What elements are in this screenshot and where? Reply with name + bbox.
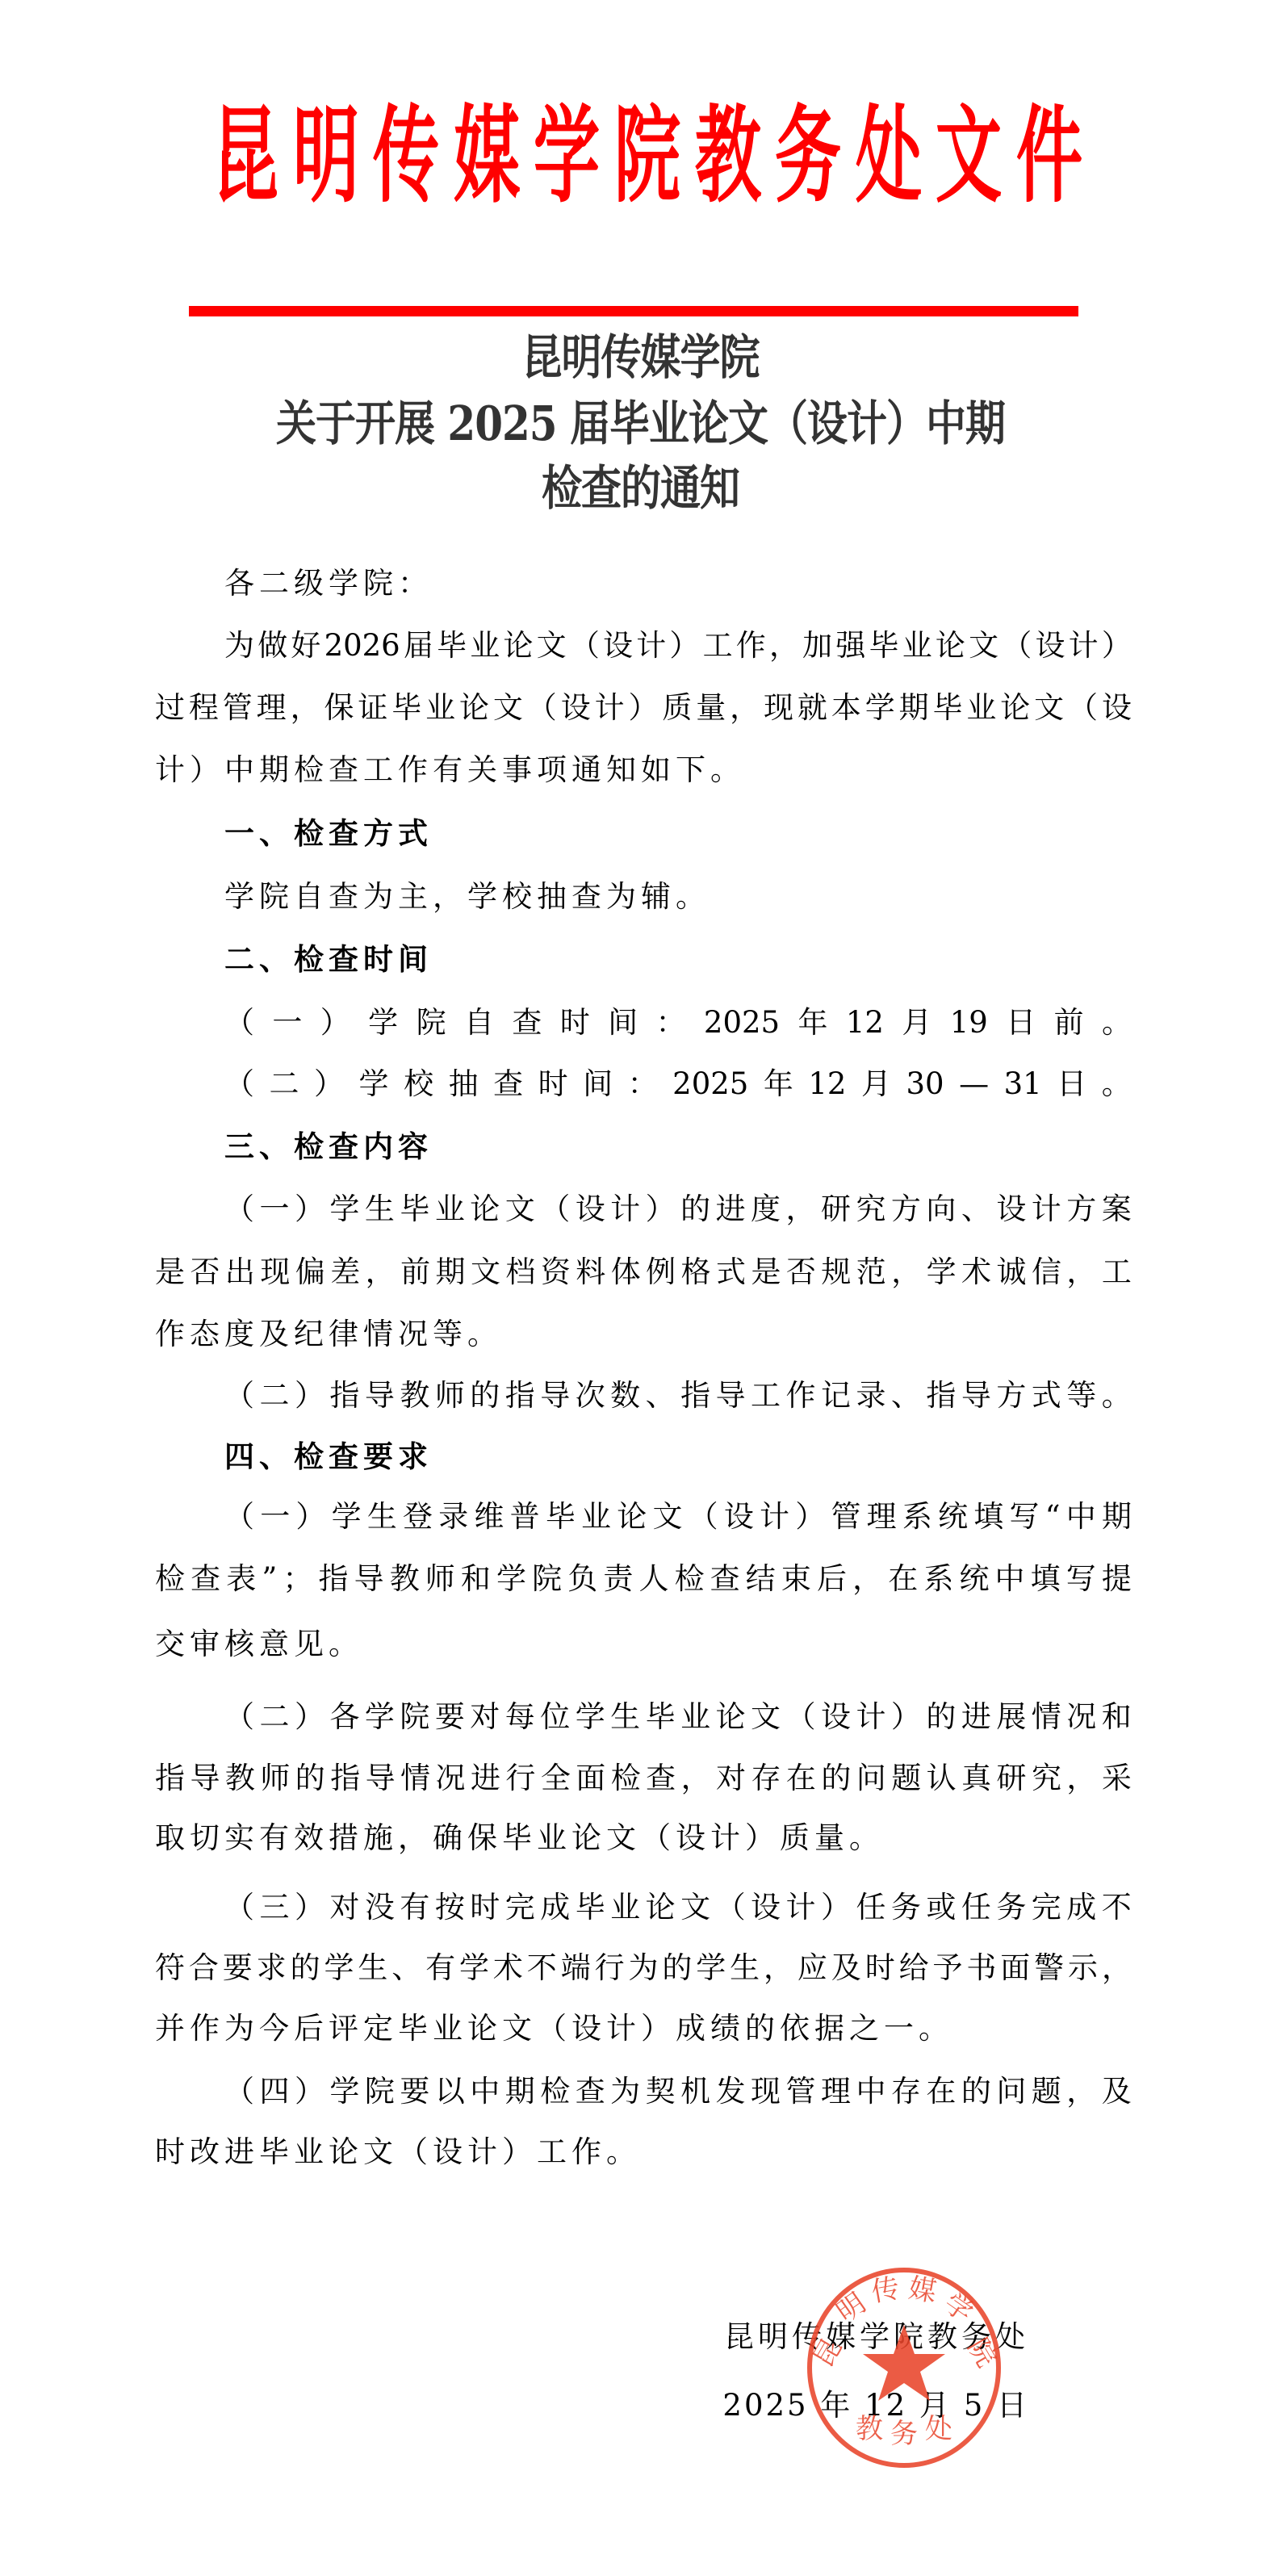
salutation: 各二级学院： [224, 565, 1132, 602]
body-line: （二）指导教师的指导次数、指导工作记录、指导方式等。 [224, 1377, 1132, 1414]
document-title-line-2: 关于开展 2025 届毕业论文（设计）中期 [0, 404, 1281, 444]
banner-char: 传 [373, 103, 439, 208]
body-line: 是否出现偏差，前期文档资料体例格式是否规范，学术诚信，工 [155, 1254, 1132, 1291]
svg-text:媒: 媒 [906, 2272, 939, 2309]
body-line: （一）学生毕业论文（设计）的进度，研究方向、设计方案 [224, 1191, 1132, 1228]
intro-line: 过程管理，保证毕业论文（设计）质量，现就本学期毕业论文（设 [155, 689, 1132, 727]
section-heading: 一、检查方式 [224, 815, 1132, 852]
body-line: 指导教师的指导情况进行全面检查，对存在的问题认真研究，采 [155, 1760, 1132, 1797]
banner-char: 媒 [454, 103, 520, 208]
document-title-line-1: 昆明传媒学院 [0, 337, 1281, 378]
document-page: 昆明传媒学院教务处文件 昆明传媒学院 关于开展 2025 届毕业论文（设计）中期… [0, 0, 1281, 2576]
body-line: （二）学校抽查时间：2025年12月30—31日。 [224, 1066, 1132, 1103]
issuer-banner: 昆明传媒学院教务处文件 [211, 95, 1083, 216]
banner-char: 教 [694, 103, 760, 208]
title-text: 昆明传媒学院 [522, 334, 760, 382]
banner-char: 昆 [212, 103, 278, 208]
body-line: 检查表”；指导教师和学院负责人检查结束后，在系统中填写提 [155, 1560, 1132, 1598]
signature-issuer: 昆明传媒学院教务处 [724, 2318, 1029, 2356]
official-seal-stamp: 昆 明 传 媒 学 院 教 务 处 [803, 2267, 1005, 2469]
body-line: （一）学生登录维普毕业论文（设计）管理系统填写“中期 [224, 1498, 1132, 1535]
intro-line: 计）中期检查工作有关事项通知如下。 [155, 752, 1132, 789]
body-line: 取切实有效措施，确保毕业论文（设计）质量。 [155, 1820, 1132, 1857]
section-heading: 四、检查要求 [224, 1439, 1132, 1476]
body-line: （三）对没有按时完成毕业论文（设计）任务或任务完成不 [224, 1889, 1132, 1926]
red-divider [189, 306, 1078, 316]
body-line: （二）各学院要对每位学生毕业论文（设计）的进展情况和 [224, 1698, 1132, 1736]
section-heading: 三、检查内容 [224, 1129, 1132, 1166]
title-text: 检查的通知 [542, 465, 739, 513]
title-text: 关于开展 2025 届毕业论文（设计）中期 [276, 400, 1005, 448]
section-heading: 二、检查时间 [224, 941, 1132, 978]
body-line: （四）学院要以中期检查为契机发现管理中存在的问题，及 [224, 2073, 1132, 2110]
body-line: 符合要求的学生、有学术不端行为的学生，应及时给予书面警示， [155, 1950, 1132, 1987]
body-line: 时改进毕业论文（设计）工作。 [155, 2134, 1132, 2171]
banner-char: 院 [614, 103, 680, 208]
banner-char: 务 [775, 103, 841, 208]
banner-char: 明 [292, 103, 358, 208]
intro-line: 为做好2026届毕业论文（设计）工作，加强毕业论文（设计） [224, 627, 1132, 664]
svg-text:传: 传 [869, 2272, 902, 2309]
document-title-line-3: 检查的通知 [0, 468, 1281, 509]
body-line: 并作为今后评定毕业论文（设计）成绩的依据之一。 [155, 2010, 1132, 2047]
body-line: 作态度及纪律情况等。 [155, 1316, 1132, 1353]
banner-char: 处 [856, 103, 922, 208]
body-line: （一）学院自查时间：2025年12月19日前。 [224, 1004, 1132, 1041]
banner-char: 学 [534, 103, 600, 208]
banner-char: 文 [936, 103, 1002, 208]
body-line: 交审核意见。 [155, 1626, 1132, 1663]
body-line: 学院自查为主，学校抽查为辅。 [224, 878, 1132, 915]
signature-date: 2025 年 12 月 5 日 [722, 2387, 1029, 2424]
banner-char: 件 [1016, 103, 1082, 208]
